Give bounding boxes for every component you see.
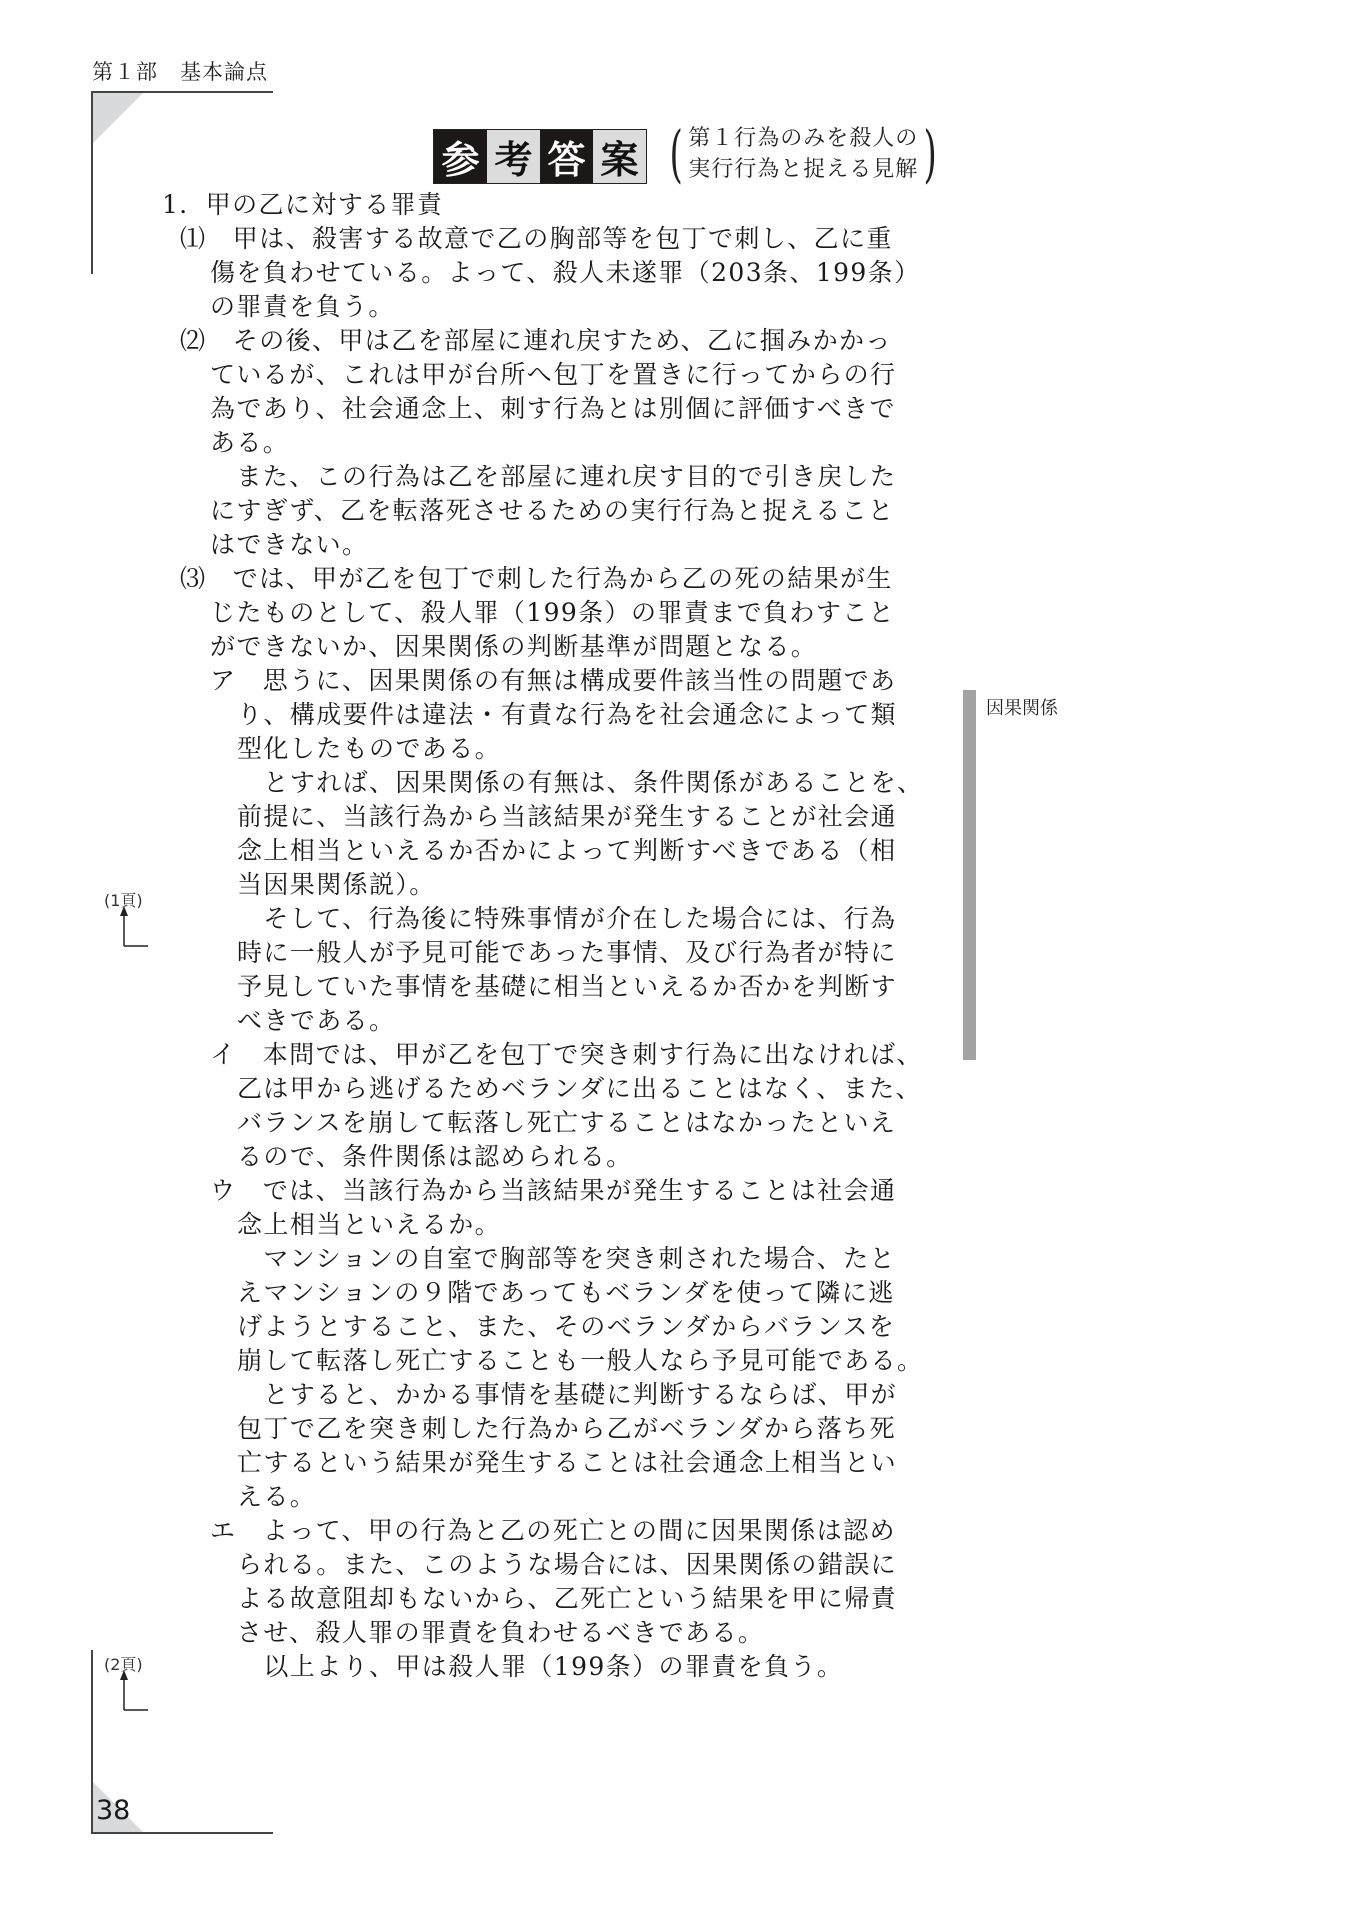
answer-title-box: 参 考 答 案 (433, 129, 647, 184)
page-break-arrow-icon (104, 1670, 154, 1720)
body-line: 前提に、当該行為から当該結果が発生することが社会通 (237, 800, 897, 834)
body-line: はできない。 (210, 528, 368, 562)
body-line: また、この行為は乙を部屋に連れ戻す目的で引き戻した (210, 460, 896, 494)
body-line: 1．甲の乙に対する罪責 (162, 188, 443, 222)
left-paren-icon: ( (669, 123, 682, 185)
page-break-arrow-icon (104, 906, 154, 956)
body-line: イ 本問では、甲が乙を包丁で突き刺す行為に出なければ、 (210, 1038, 923, 1072)
page-marker-1: (1頁) (104, 888, 164, 958)
title-char: 案 (593, 130, 646, 183)
body-line: えマンションの９階であってもベランダを使って隣に逃 (237, 1276, 895, 1310)
body-line: ある。 (210, 426, 289, 460)
body-line: ア 思うに、因果関係の有無は構成要件該当性の問題であ (210, 664, 896, 698)
body-line: ⑴ 甲は、殺害する故意で乙の胸部等を包丁で刺し、乙に重 (180, 222, 893, 256)
body-line: 乙は甲から逃げるためベランダに出ることはなく、また、 (237, 1072, 922, 1106)
body-line: 崩して転落し死亡することも一般人なら予見可能である。 (237, 1344, 923, 1378)
body-line: マンションの自室で胸部等を突き刺された場合、たと (237, 1242, 896, 1276)
body-line: 以上より、甲は殺人罪（199条）の罪責を負う。 (237, 1650, 843, 1684)
answer-subtitle: ( 第１行為のみを殺人の 実行行為と捉える見解 ) (664, 123, 942, 185)
body-line: り、構成要件は違法・有責な行為を社会通念によって類 (237, 698, 897, 732)
body-line: 当因果関係説）。 (237, 868, 436, 902)
body-line: 亡するという結果が発生することは社会通念上相当とい (237, 1446, 897, 1480)
body-line: 時に一般人が予見可能であった事情、及び行為者が特に (237, 936, 897, 970)
body-line: ⑵ その後、甲は乙を部屋に連れ戻すため、乙に掴みかかっ (180, 324, 892, 358)
body-line: 傷を負わせている。よって、殺人未遂罪（203条、199条） (210, 256, 921, 290)
body-line: ⑶ では、甲が乙を包丁で刺した行為から乙の死の結果が生 (180, 562, 893, 596)
body-line: ているが、これは甲が台所へ包丁を置きに行ってからの行 (210, 358, 896, 392)
corner-decoration-top (93, 93, 143, 143)
title-char: 考 (487, 130, 540, 183)
body-line: 型化したものである。 (237, 732, 501, 766)
body-line: 念上相当といえるか否かによって判断すべきである（相 (237, 834, 897, 868)
margin-keyword: 因果関係 (986, 694, 1058, 720)
margin-highlight-bar (963, 690, 976, 1060)
body-line: させ、殺人罪の罪責を負わせるべきである。 (237, 1616, 764, 1650)
right-paren-icon: ) (924, 123, 937, 185)
page-marker-2: (2頁) (104, 1652, 164, 1722)
title-char: 答 (540, 130, 593, 183)
body-line: エ よって、甲の行為と乙の死亡との間に因果関係は認め (210, 1514, 896, 1548)
body-line: られる。また、このような場合には、因果関係の錯誤に (237, 1548, 897, 1582)
subtitle-line: 第１行為のみを殺人の (688, 123, 918, 154)
body-line: 念上相当といえるか。 (237, 1208, 501, 1242)
body-line: 為であり、社会通念上、刺す行為とは別個に評価すべきで (210, 392, 896, 426)
body-line: 包丁で乙を突き刺した行為から乙がベランダから落ち死 (237, 1412, 896, 1446)
body-line: 予見していた事情を基礎に相当といえるか否かを判断す (237, 970, 897, 1004)
body-line: にすぎず、乙を転落死させるための実行行為と捉えること (210, 494, 894, 528)
body-line: とすれば、因果関係の有無は、条件関係があることを、 (237, 766, 923, 800)
page-number: 38 (96, 1795, 130, 1826)
title-char: 参 (434, 130, 487, 183)
body-line: ができないか、因果関係の判断基準が問題となる。 (210, 630, 817, 664)
body-line: よる故意阻却もないから、乙死亡という結果を甲に帰責 (237, 1582, 897, 1616)
subtitle-line: 実行行為と捉える見解 (688, 154, 918, 185)
body-line: べきである。 (237, 1004, 395, 1038)
body-line: るので、条件関係は認められる。 (237, 1140, 633, 1174)
body-line: じたものとして、殺人罪（199条）の罪責まで負わすこと (210, 596, 895, 630)
part-header: 第１部 基本論点 (92, 56, 268, 86)
body-line: の罪責を負う。 (210, 290, 395, 324)
body-line: ウ では、当該行為から当該結果が発生することは社会通 (210, 1174, 896, 1208)
footer-rule (91, 1832, 273, 1834)
body-line: そして、行為後に特殊事情が介在した場合には、行為 (237, 902, 897, 936)
body-line: げようとすること、また、そのベランダからバランスを (237, 1310, 895, 1344)
body-line: とすると、かかる事情を基礎に判断するならば、甲が (237, 1378, 897, 1412)
body-line: える。 (237, 1480, 316, 1514)
body-line: バランスを崩して転落し死亡することはなかったといえ (237, 1106, 896, 1140)
